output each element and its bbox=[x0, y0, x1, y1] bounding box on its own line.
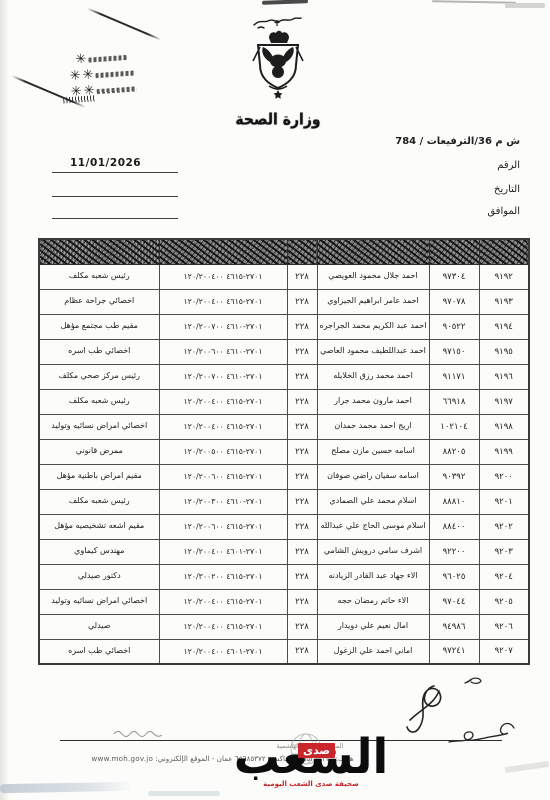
table-row: ٩٢٠٥ ٩٧٠٤٤ الاء حاتم رمضان حجه ٢٢٨ ١٢٠/٢… bbox=[39, 589, 529, 614]
seq-number-cell: ٩١٩٦ bbox=[479, 364, 529, 389]
job-title-cell: اخصائي طب اسره bbox=[39, 639, 159, 664]
header-cell bbox=[39, 239, 159, 264]
grade-code-cell: ١٢٠/٢٠٠٤٠٠ ٤٦١٥-٢٧٠١ bbox=[159, 289, 287, 314]
stamp-row: ✳ ✳ bbox=[69, 66, 135, 83]
stamp-illegible-text bbox=[96, 86, 136, 94]
employee-number-cell: ٩٧٠٧٨ bbox=[429, 289, 479, 314]
job-title-cell: مقيم طب مجتمع مؤهل bbox=[39, 314, 159, 339]
tiny-illegible-note bbox=[110, 726, 170, 740]
scan-streak bbox=[0, 782, 132, 793]
field-number-value: 11/01/2026 bbox=[70, 157, 141, 169]
table-row: ٩٢٠٢ ٨٨٤٠٠ اسلام موسى الحاج علي عبدالله … bbox=[39, 514, 529, 539]
employee-number-cell: ٨٨٤٠٠ bbox=[429, 514, 479, 539]
employee-name-cell: اشرف سامي درويش الشامي bbox=[317, 539, 429, 564]
scan-artifact bbox=[262, 0, 308, 5]
field-corresponding-label: الموافق bbox=[486, 206, 520, 217]
job-title-cell: دكتور صيدلي bbox=[39, 564, 159, 589]
table-row: ٩٢٠٤ ٩٦٠٢٥ الاء جهاد عبد القادر الزيادنه… bbox=[39, 564, 529, 589]
employee-name-cell: امال نعيم علي دويدار bbox=[317, 614, 429, 639]
employee-number-cell: ٩٧٠٤٤ bbox=[429, 589, 479, 614]
scanned-document-page: ✳ ✳ ✳ ✳ ✳ وزارة الصحة ش م 36/الترفيعا bbox=[0, 0, 550, 800]
center-code-cell: ٢٢٨ bbox=[287, 539, 317, 564]
table-row: ٩٢٠١ ٨٨٨١٠ اسلام محمد علي الصمادي ٢٢٨ ١٢… bbox=[39, 489, 529, 514]
table-row: ٩١٩٣ ٩٧٠٧٨ احمد عامر ابراهيم الجيزاوي ٢٢… bbox=[39, 289, 529, 314]
seq-number-cell: ٩٢٠٢ bbox=[479, 514, 529, 539]
center-code-cell: ٢٢٨ bbox=[287, 489, 317, 514]
center-code-cell: ٢٢٨ bbox=[287, 414, 317, 439]
stamp-barcode bbox=[63, 95, 95, 103]
seq-number-cell: ٩٢٠١ bbox=[479, 489, 529, 514]
grade-code-cell: ١٢٠/٢٠٠٧٠٠ ٤٦١٠-٢٧٠١ bbox=[159, 364, 287, 389]
star-icon: ✳ bbox=[75, 54, 87, 67]
employee-number-cell: ٩٦٠٢٥ bbox=[429, 564, 479, 589]
table-body: ٩١٩٢ ٩٧٣٠٤ احمد جلال محمود العويصي ٢٢٨ ١… bbox=[39, 239, 529, 664]
field-date: التاريخ bbox=[30, 184, 520, 195]
seq-number-cell: ٩٢٠٣ bbox=[479, 539, 529, 564]
field-number-label: الرقم bbox=[486, 160, 520, 171]
table-row: ٩١٩٨ ١٠٢١٠٤ اريج احمد محمد حمدان ٢٢٨ ١٢٠… bbox=[39, 414, 529, 439]
center-code-cell: ٢٢٨ bbox=[287, 564, 317, 589]
reference-line: ش م 36/الترفيعات / 784 bbox=[395, 136, 520, 147]
approval-stamp: ✳ ✳ ✳ ✳ ✳ bbox=[21, 30, 147, 134]
seq-number-cell: ٩١٩٤ bbox=[479, 314, 529, 339]
seq-number-cell: ٩١٩٢ bbox=[479, 264, 529, 289]
center-code-cell: ٢٢٨ bbox=[287, 314, 317, 339]
job-title-cell: مقيم امراض باطنية مؤهل bbox=[39, 464, 159, 489]
employee-name-cell: احمد مارون محمد جرار bbox=[317, 389, 429, 414]
seq-number-cell: ٩٢٠٤ bbox=[479, 564, 529, 589]
field-date-label: التاريخ bbox=[486, 184, 520, 195]
center-code-cell: ٢٢٨ bbox=[287, 289, 317, 314]
center-code-cell: ٢٢٨ bbox=[287, 464, 317, 489]
grade-code-cell: ١٢٠/٢٠٠٤٠٠ ٤٦١٥-٢٧٠١ bbox=[159, 389, 287, 414]
seq-number-cell: ٩٢٠٧ bbox=[479, 639, 529, 664]
job-title-cell: ممرض قانوني bbox=[39, 439, 159, 464]
employee-number-cell: ٩١١٧١ bbox=[429, 364, 479, 389]
table-row: ٩١٩٧ ٦٦٩١٨ احمد مارون محمد جرار ٢٢٨ ١٢٠/… bbox=[39, 389, 529, 414]
job-title-cell: مهندس كيماوي bbox=[39, 539, 159, 564]
grade-code-cell: ١٢٠/٢٠٠٦٠٠ ٤٦١٥-٢٧٠١ bbox=[159, 464, 287, 489]
grade-code-cell: ١٢٠/٢٠٠٤٠٠ ٤٦١٥-٢٧٠١ bbox=[159, 264, 287, 289]
seq-number-cell: ٩٢٠٠ bbox=[479, 464, 529, 489]
center-code-cell: ٢٢٨ bbox=[287, 439, 317, 464]
job-title-cell: صيدلي bbox=[39, 614, 159, 639]
grade-code-cell: ١٢٠/٢٠٠٣٠٠ ٤٦١٠-٢٧٠١ bbox=[159, 489, 287, 514]
center-code-cell: ٢٢٨ bbox=[287, 364, 317, 389]
field-number: الرقم 11/01/2026 bbox=[30, 160, 520, 171]
center-code-cell: ٢٢٨ bbox=[287, 514, 317, 539]
table-row: ٩١٩٢ ٩٧٣٠٤ احمد جلال محمود العويصي ٢٢٨ ١… bbox=[39, 264, 529, 289]
employee-name-cell: الاء جهاد عبد القادر الزيادنه bbox=[317, 564, 429, 589]
job-title-cell: اخصائي طب اسره bbox=[39, 339, 159, 364]
job-title-cell: مقيم اشعه تشخيصيه مؤهل bbox=[39, 514, 159, 539]
seq-number-cell: ٩٢٠٥ bbox=[479, 589, 529, 614]
field-number-line bbox=[52, 172, 178, 173]
stamp-illegible-text bbox=[88, 54, 128, 62]
employee-number-cell: ٨٨٢٠٥ bbox=[429, 439, 479, 464]
seq-number-cell: ٩١٩٧ bbox=[479, 389, 529, 414]
watermark-badge: صدى bbox=[298, 743, 335, 758]
center-code-cell: ٢٢٨ bbox=[287, 614, 317, 639]
pen-stroke bbox=[87, 8, 162, 41]
grade-code-cell: ١٢٠/٢٠٠٤٠٠ ٤٦٠١-٢٧٠١ bbox=[159, 639, 287, 664]
employee-name-cell: احمد عبد الكريم محمد الجراجره bbox=[317, 314, 429, 339]
center-code-cell: ٢٢٨ bbox=[287, 339, 317, 364]
employee-name-cell: اسلام محمد علي الصمادي bbox=[317, 489, 429, 514]
scan-artifact bbox=[432, 0, 516, 3]
table-header-row-illegible bbox=[39, 239, 529, 264]
seq-number-cell: ٩٢٠٦ bbox=[479, 614, 529, 639]
header-cell bbox=[429, 239, 479, 264]
scan-streak bbox=[148, 791, 220, 796]
grade-code-cell: ١٢٠/٢٠٠٤٠٠ ٤٦٠١-٢٧٠١ bbox=[159, 539, 287, 564]
seq-number-cell: ٩١٩٩ bbox=[479, 439, 529, 464]
table-row: ٩٢٠٣ ٩٢٢٠٠ اشرف سامي درويش الشامي ٢٢٨ ١٢… bbox=[39, 539, 529, 564]
job-title-cell: اخصائي جراحة عظام bbox=[39, 289, 159, 314]
ministry-name-logotype: وزارة الصحة bbox=[218, 111, 338, 129]
grade-code-cell: ١٢٠/٢٠٠٧٠٠ ٤٦١٠-٢٧٠١ bbox=[159, 314, 287, 339]
employee-name-cell: احمد عبداللطيف محمود العاصي bbox=[317, 339, 429, 364]
handwritten-signature bbox=[392, 672, 522, 744]
table-row: ٩٢٠٧ ٩٧٢٤١ اماني احمد علي الزغول ٢٢٨ ١٢٠… bbox=[39, 639, 529, 664]
promotions-table: ٩١٩٢ ٩٧٣٠٤ احمد جلال محمود العويصي ٢٢٨ ١… bbox=[38, 238, 530, 665]
employee-name-cell: الاء حاتم رمضان حجه bbox=[317, 589, 429, 614]
scan-streak bbox=[505, 761, 549, 773]
scan-artifact bbox=[505, 3, 545, 8]
header-cell bbox=[479, 239, 529, 264]
employee-number-cell: ٦٦٩١٨ bbox=[429, 389, 479, 414]
center-code-cell: ٢٢٨ bbox=[287, 589, 317, 614]
job-title-cell: رئيس شعبه مكلف bbox=[39, 264, 159, 289]
table-row: ٩١٩٤ ٩٠٥٢٢ احمد عبد الكريم محمد الجراجره… bbox=[39, 314, 529, 339]
job-title-cell: رئيس شعبه مكلف bbox=[39, 389, 159, 414]
sada-alshaab-watermark: صدى الشعب صحيفة صدى الشعب اليومية bbox=[222, 735, 400, 788]
center-code-cell: ٢٢٨ bbox=[287, 389, 317, 414]
grade-code-cell: ١٢٠/٢٠٠٤٠٠ ٤٦١٥-٢٧٠١ bbox=[159, 614, 287, 639]
employee-name-cell: اريج احمد محمد حمدان bbox=[317, 414, 429, 439]
field-corresponding-line bbox=[52, 218, 178, 219]
employee-name-cell: اسامه حسين مازن مصلح bbox=[317, 439, 429, 464]
table-row: ٩٢٠٦ ٩٤٩٨٦ امال نعيم علي دويدار ٢٢٨ ١٢٠/… bbox=[39, 614, 529, 639]
job-title-cell: اخصائي امراض نسائيه وتوليد bbox=[39, 414, 159, 439]
employee-name-cell: اسلام موسى الحاج علي عبدالله bbox=[317, 514, 429, 539]
table-row: ٩١٩٥ ٩٧١٥٠ احمد عبداللطيف محمود العاصي ٢… bbox=[39, 339, 529, 364]
employee-number-cell: ٩٠٥٢٢ bbox=[429, 314, 479, 339]
employee-name-cell: احمد جلال محمود العويصي bbox=[317, 264, 429, 289]
table-row: ٩١٩٦ ٩١١٧١ احمد محمد رزق الخلايله ٢٢٨ ١٢… bbox=[39, 364, 529, 389]
employee-number-cell: ٨٨٨١٠ bbox=[429, 489, 479, 514]
field-date-line bbox=[52, 196, 178, 197]
seq-number-cell: ٩١٩٣ bbox=[479, 289, 529, 314]
employee-number-cell: ٩٧٢٤١ bbox=[429, 639, 479, 664]
center-code-cell: ٢٢٨ bbox=[287, 639, 317, 664]
job-title-cell: رئيس شعبه مكلف bbox=[39, 489, 159, 514]
job-title-cell: اخصائي امراض نسائيه وتوليد bbox=[39, 589, 159, 614]
employee-number-cell: ٩٢٢٠٠ bbox=[429, 539, 479, 564]
grade-code-cell: ١٢٠/٢٠٠٦٠٠ ٤٦١٠-٢٧٠١ bbox=[159, 339, 287, 364]
employee-number-cell: ١٠٢١٠٤ bbox=[429, 414, 479, 439]
employee-number-cell: ٩٠٣٩٢ bbox=[429, 464, 479, 489]
employee-name-cell: اماني احمد علي الزغول bbox=[317, 639, 429, 664]
employee-name-cell: احمد عامر ابراهيم الجيزاوي bbox=[317, 289, 429, 314]
scan-edge-shadow bbox=[0, 0, 9, 800]
grade-code-cell: ١٢٠/٣٠٠٢٠٠ ٤٦١٥-٢٧٠١ bbox=[159, 564, 287, 589]
star-icon: ✳ bbox=[82, 69, 94, 82]
center-code-cell: ٢٢٨ bbox=[287, 264, 317, 289]
table-row: ٩١٩٩ ٨٨٢٠٥ اسامه حسين مازن مصلح ٢٢٨ ١٢٠/… bbox=[39, 439, 529, 464]
seq-number-cell: ٩١٩٥ bbox=[479, 339, 529, 364]
header-cell bbox=[317, 239, 429, 264]
field-corresponding: الموافق bbox=[30, 206, 520, 217]
job-title-cell: رئيس مركز صحي مكلف bbox=[39, 364, 159, 389]
header-cell bbox=[159, 239, 287, 264]
grade-code-cell: ١٢٠/٢٠٠٦٠٠ ٤٦١٥-٢٧٠١ bbox=[159, 514, 287, 539]
stamp-illegible-text bbox=[95, 70, 135, 78]
table-row: ٩٢٠٠ ٩٠٣٩٢ اسامه سفيان راضي صوفان ٢٢٨ ١٢… bbox=[39, 464, 529, 489]
seq-number-cell: ٩١٩٨ bbox=[479, 414, 529, 439]
employee-number-cell: ٩٧١٥٠ bbox=[429, 339, 479, 364]
header-cell bbox=[287, 239, 317, 264]
star-icon: ✳ bbox=[69, 70, 81, 83]
jordan-coat-of-arms-icon bbox=[238, 14, 318, 114]
employee-name-cell: احمد محمد رزق الخلايله bbox=[317, 364, 429, 389]
grade-code-cell: ١٢٠/٢٠٠٥٠٠ ٤٦١٥-٢٧٠١ bbox=[159, 439, 287, 464]
stamp-row: ✳ bbox=[75, 51, 129, 67]
employee-number-cell: ٩٧٣٠٤ bbox=[429, 264, 479, 289]
grade-code-cell: ١٢٠/٢٠٠٤٠٠ ٤٦١٥-٢٧٠١ bbox=[159, 414, 287, 439]
employee-name-cell: اسامه سفيان راضي صوفان bbox=[317, 464, 429, 489]
employee-number-cell: ٩٤٩٨٦ bbox=[429, 614, 479, 639]
grade-code-cell: ١٢٠/٢٠٠٤٠٠ ٤٦١٥-٢٧٠١ bbox=[159, 589, 287, 614]
